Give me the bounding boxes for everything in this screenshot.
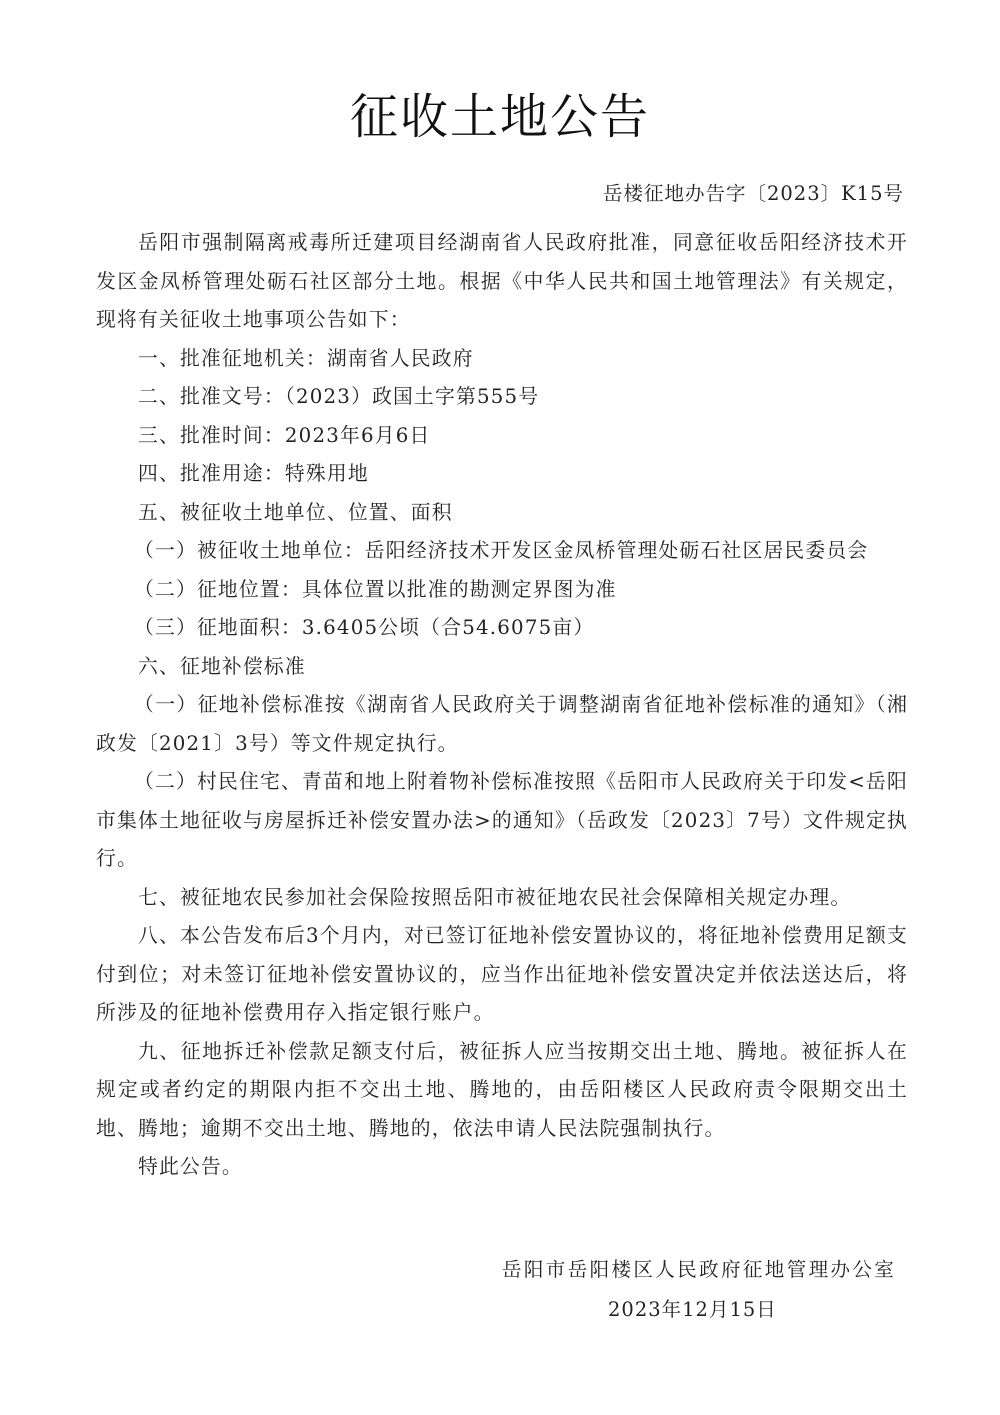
subitem-location: （二）征地位置：具体位置以批准的勘测定界图为准 <box>96 571 908 610</box>
document-number: 岳楼征地办告字〔2023〕K15号 <box>603 178 904 206</box>
item-social-insurance: 七、被征地农民参加社会保险按照岳阳市被征地农民社会保障相关规定办理。 <box>96 879 908 918</box>
item-approval-number: 二、批准文号：（2023）政国土字第555号 <box>96 378 908 417</box>
item-land-unit-location-area: 五、被征收土地单位、位置、面积 <box>96 494 908 533</box>
item-compensation-standard: 六、征地补偿标准 <box>96 648 908 687</box>
item-approval-authority: 一、批准征地机关：湖南省人民政府 <box>96 340 908 379</box>
subitem-land-unit: （一）被征收土地单位：岳阳经济技术开发区金凤桥管理处砺石社区居民委员会 <box>96 532 908 571</box>
intro-paragraph: 岳阳市强制隔离戒毒所迁建项目经湖南省人民政府批准，同意征收岳阳经济技术开发区金凤… <box>96 224 908 340</box>
closing-statement: 特此公告。 <box>96 1148 908 1187</box>
notice-title: 征收土地公告 <box>0 78 1000 147</box>
notice-body: 岳阳市强制隔离戒毒所迁建项目经湖南省人民政府批准，同意征收岳阳经济技术开发区金凤… <box>96 224 908 1187</box>
item-approval-date: 三、批准时间：2023年6月6日 <box>96 417 908 456</box>
item-approval-purpose: 四、批准用途：特殊用地 <box>96 455 908 494</box>
item-land-handover: 九、征地拆迁补偿款足额支付后，被征拆人应当按期交出土地、腾地。被征拆人在规定或者… <box>96 1033 908 1149</box>
subitem-area: （三）征地面积：3.6405公顷（合54.6075亩） <box>96 609 908 648</box>
item-payment: 八、本公告发布后3个月内，对已签订征地补偿安置协议的，将征地补偿费用足额支付到位… <box>96 917 908 1033</box>
issuer-signature: 岳阳市岳阳楼区人民政府征地管理办公室 <box>502 1254 896 1282</box>
subitem-compensation-rule-1: （一）征地补偿标准按《湖南省人民政府关于调整湖南省征地补偿标准的通知》（湘政发〔… <box>96 686 908 763</box>
issue-date: 2023年12月15日 <box>608 1294 777 1322</box>
subitem-compensation-rule-2: （二）村民住宅、青苗和地上附着物补偿标准按照《岳阳市人民政府关于印发<岳阳市集体… <box>96 763 908 879</box>
